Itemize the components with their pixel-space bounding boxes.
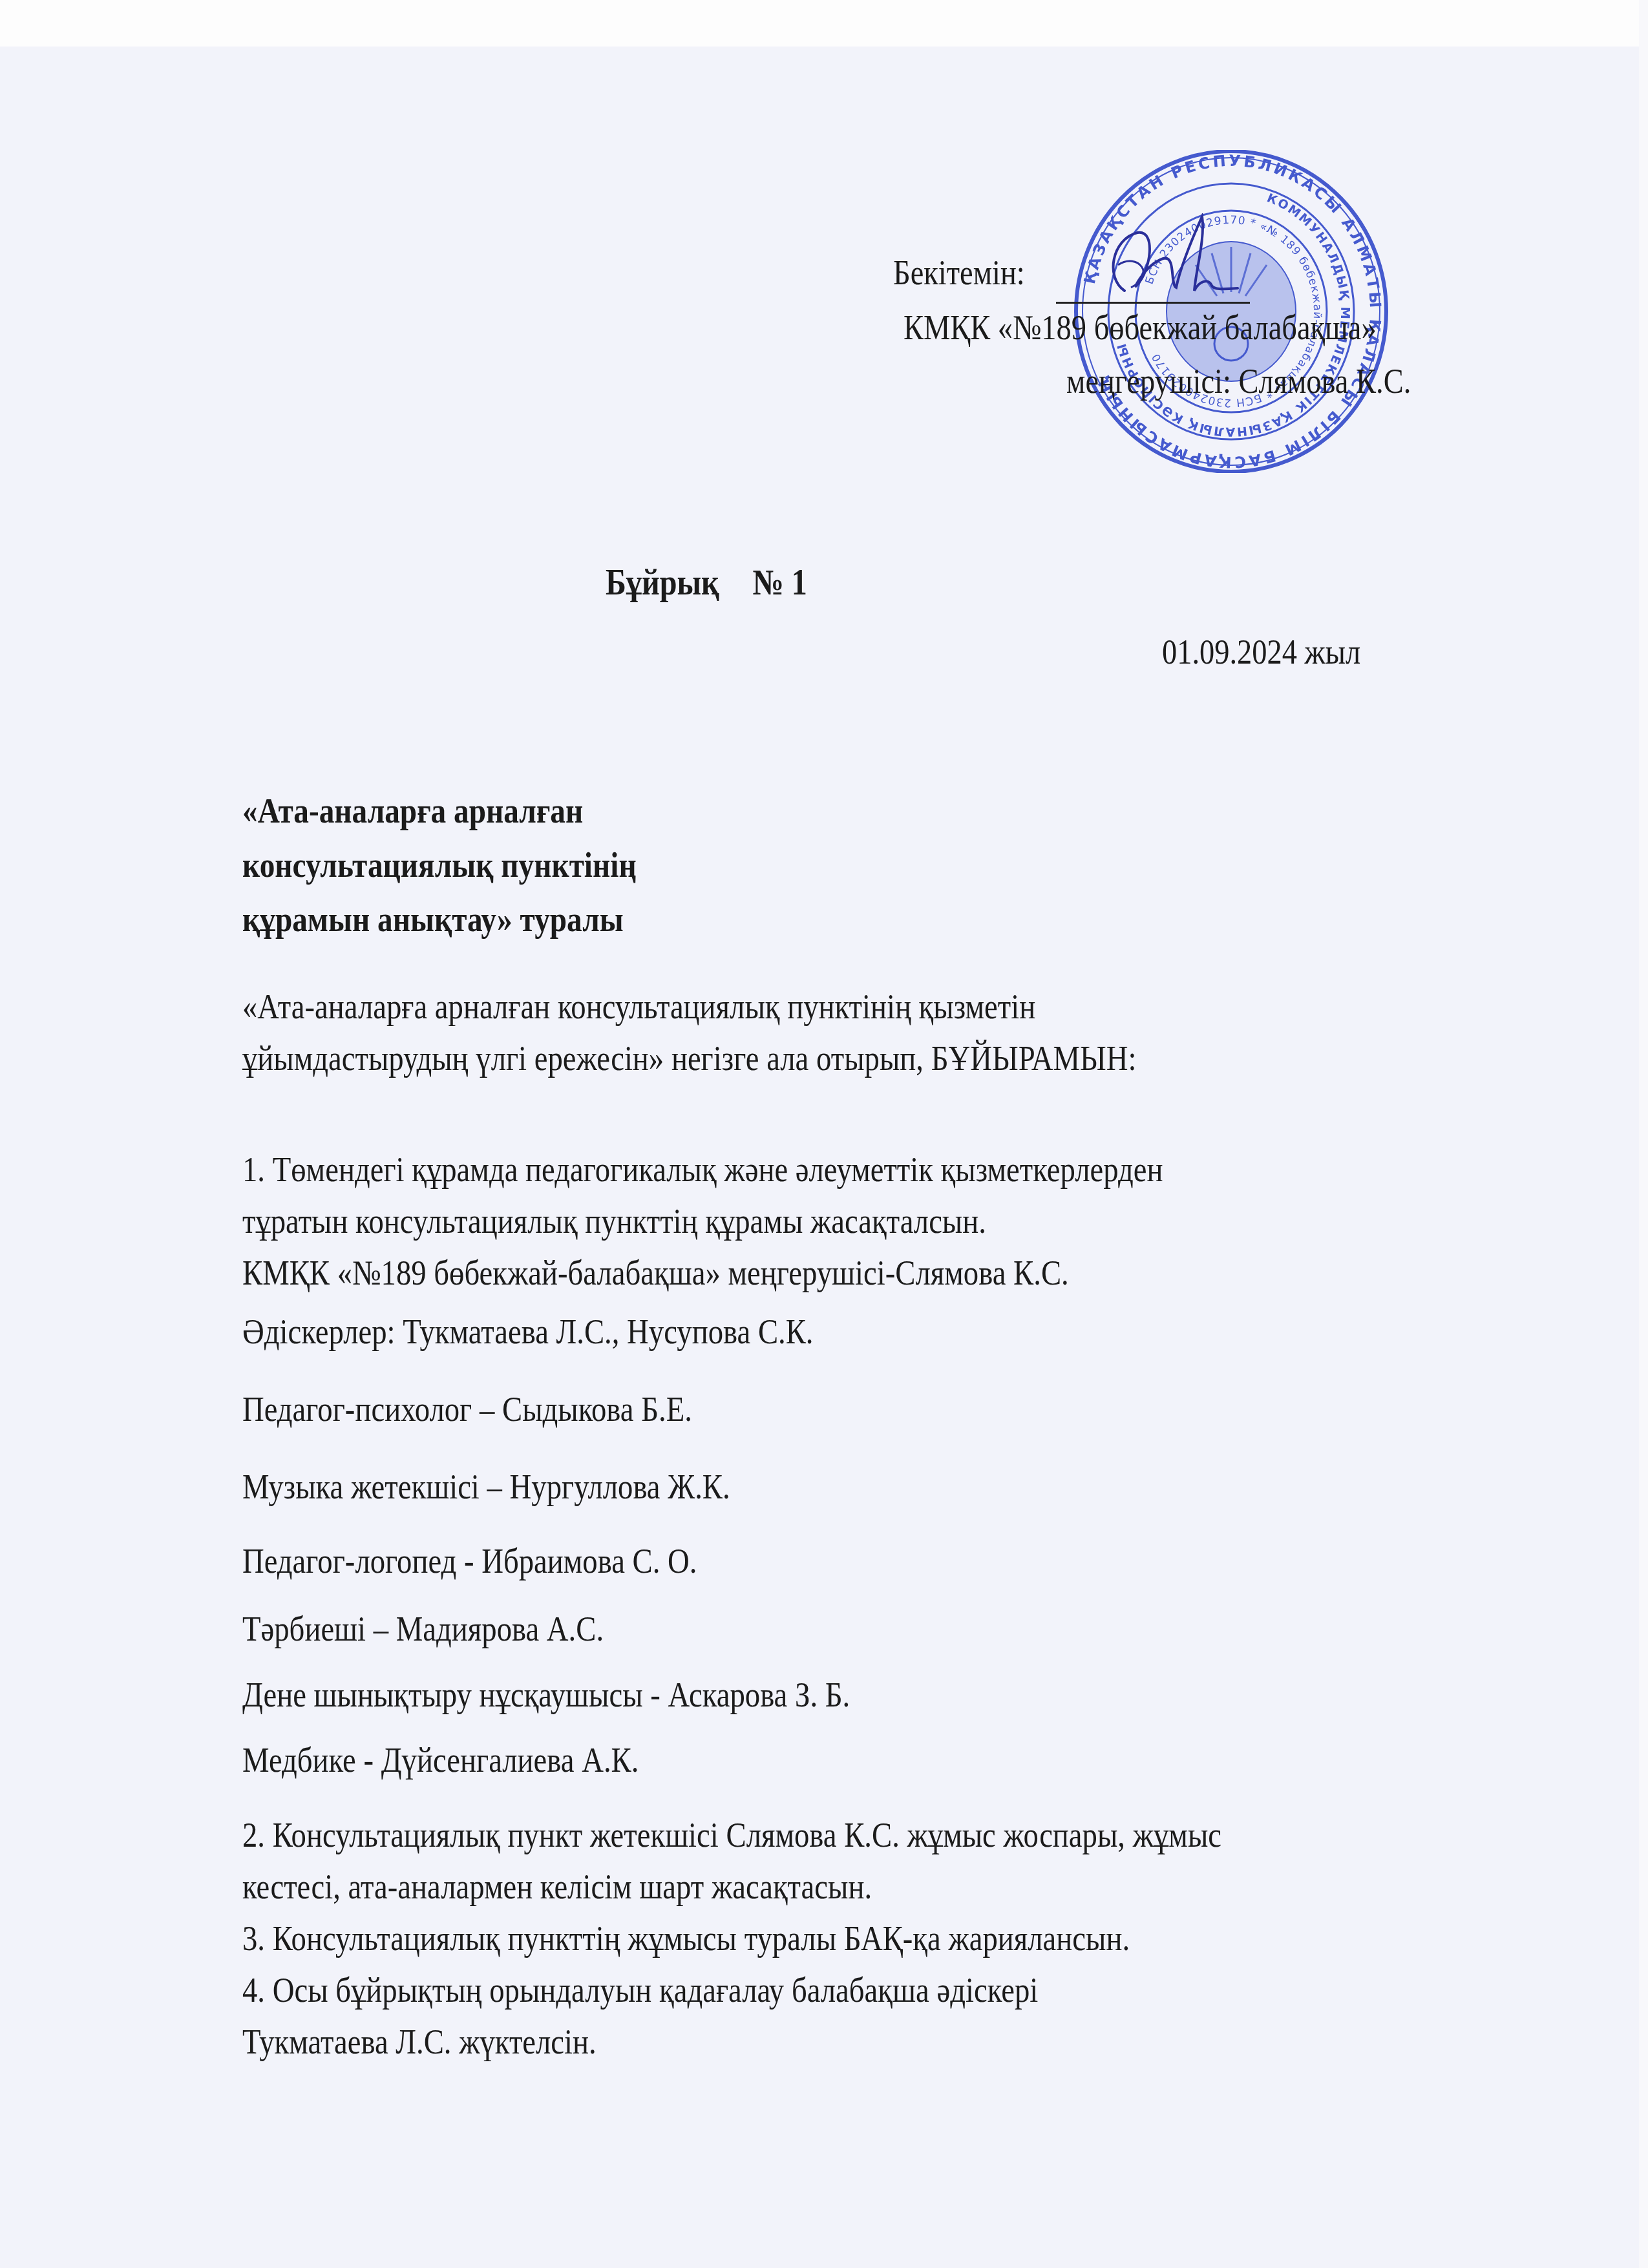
order-item-3: 3. Консультациялық пункттің жұмысы турал… [242,1913,1221,1964]
order-item-4-cont: Тукматаева Л.С. жүктелсін. [242,2016,1221,2068]
order-item-2: 2. Консультациялық пункт жетекшісі Слямо… [242,1809,1221,1861]
signature-line [1056,302,1250,304]
subject-line: «Ата-аналарға арналған [242,784,637,838]
staff-speech-therapist: Педагог-логопед - Ибраимова С. О. [242,1541,697,1581]
item-line: 1. Төмендегі құрамда педагогикалық және … [242,1144,1163,1195]
order-item-2-cont: кестесі, ата-аналармен келісім шарт жаса… [242,1861,1221,1913]
approval-block: Бекітемін: КМҚК «№189 бөбекжай балабақша… [0,0,1648,452]
order-item-1: 1. Төмендегі құрамда педагогикалық және … [242,1144,1163,1299]
preamble-line: «Ата-аналарға арналған консультациялық п… [242,981,1136,1033]
order-number: № 1 [752,563,807,603]
staff-pe-instructor: Дене шынықтыру нұсқаушысы - Аскарова З. … [242,1675,850,1715]
order-title: Бұйрық№ 1 [606,562,807,604]
order-title-text: Бұйрық [606,563,719,603]
preamble-line: ұйымдастырудың үлгі ережесін» негізге ал… [242,1033,1136,1084]
item-line: КМҚК «№189 бөбекжай-балабақша» меңгеруші… [242,1247,1163,1299]
subject-line: консультациялық пунктінің [242,838,637,892]
approval-label: Бекітемін: [893,255,1025,290]
staff-methodists: Әдіскерлер: Тукматаева Л.С., Нусупова С.… [242,1312,814,1352]
order-items-2-4: 2. Консультациялық пункт жетекшісі Слямо… [242,1809,1221,2068]
staff-psychologist: Педагог-психолог – Сыдыкова Б.Е. [242,1389,692,1429]
approval-head: меңгерушісі: Слямова К.С. [1066,364,1411,399]
staff-educator: Тәрбиеші – Мадиярова А.С. [242,1609,604,1649]
order-item-4: 4. Осы бұйрықтың орындалуын қадағалау ба… [242,1964,1221,2016]
subject-line: құрамын анықтау» туралы [242,892,637,947]
item-line: тұратын консультациялық пункттің құрамы … [242,1195,1163,1247]
approval-organization: КМҚК «№189 бөбекжай балабақша» [903,310,1377,345]
staff-nurse: Медбике - Дүйсенгалиева А.К. [242,1740,639,1780]
order-date: 01.09.2024 жыл [1162,632,1360,672]
preamble: «Ата-аналарға арналған консультациялық п… [242,981,1136,1084]
staff-music-director: Музыка жетекшісі – Нургуллова Ж.К. [242,1467,730,1507]
order-subject: «Ата-аналарға арналған консультациялық п… [242,784,637,947]
